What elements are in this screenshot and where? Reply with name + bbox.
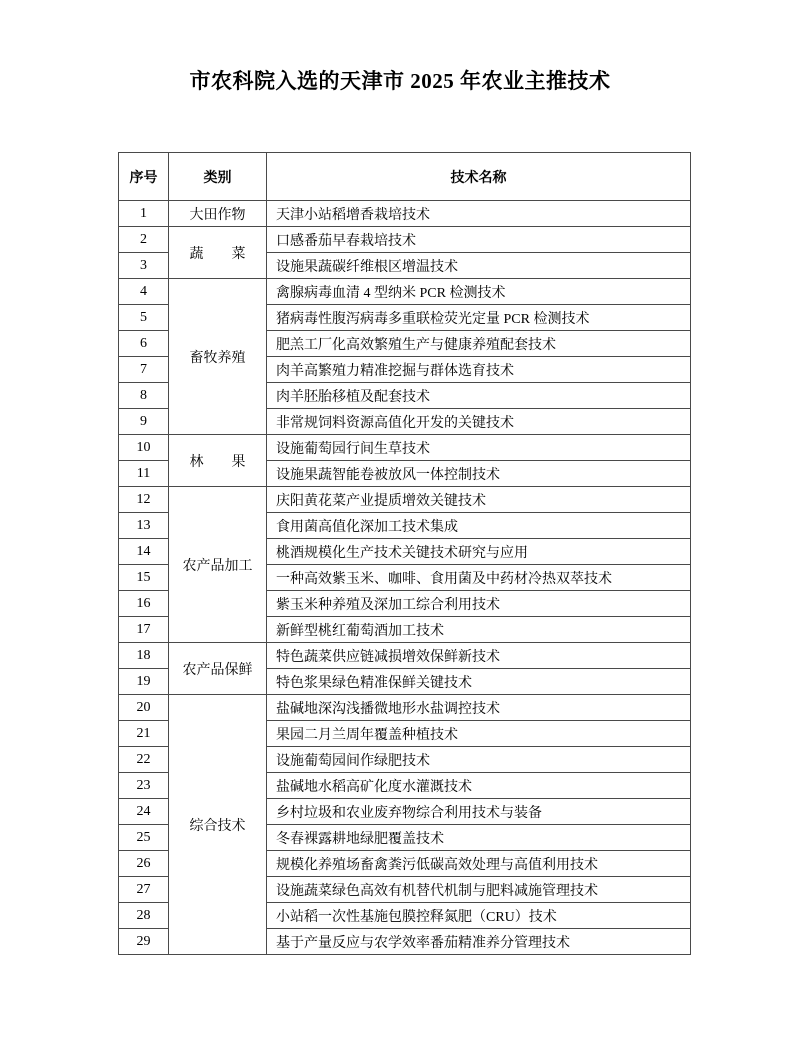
- row-number-cell: 1: [119, 201, 169, 227]
- tech-name-cell: 食用菌高值化深加工技术集成: [267, 513, 691, 539]
- category-cell: 蔬 菜: [169, 227, 267, 279]
- row-number-cell: 27: [119, 877, 169, 903]
- tech-name-cell: 猪病毒性腹泻病毒多重联检荧光定量 PCR 检测技术: [267, 305, 691, 331]
- tech-name-cell: 口感番茄早春栽培技术: [267, 227, 691, 253]
- tech-name-cell: 规模化养殖场畜禽粪污低碳高效处理与高值利用技术: [267, 851, 691, 877]
- tech-name-cell: 庆阳黄花菜产业提质增效关键技术: [267, 487, 691, 513]
- header-cell-no: 序号: [119, 153, 169, 201]
- document-page: { "page": { "title": "市农科院入选的天津市 2025 年农…: [0, 0, 800, 1038]
- tech-name-cell: 桃酒规模化生产技术关键技术研究与应用: [267, 539, 691, 565]
- row-number-cell: 14: [119, 539, 169, 565]
- tech-name-cell: 盐碱地深沟浅播微地形水盐调控技术: [267, 695, 691, 721]
- category-cell: 农产品保鲜: [169, 643, 267, 695]
- row-number-cell: 23: [119, 773, 169, 799]
- row-number-cell: 12: [119, 487, 169, 513]
- tech-name-cell: 冬春裸露耕地绿肥覆盖技术: [267, 825, 691, 851]
- header-cell-category: 类别: [169, 153, 267, 201]
- tech-name-cell: 设施葡萄园间作绿肥技术: [267, 747, 691, 773]
- category-cell: 大田作物: [169, 201, 267, 227]
- row-number-cell: 20: [119, 695, 169, 721]
- row-number-cell: 25: [119, 825, 169, 851]
- tech-name-cell: 小站稻一次性基施包膜控释氮肥（CRU）技术: [267, 903, 691, 929]
- row-number-cell: 26: [119, 851, 169, 877]
- table-row: 1大田作物天津小站稻增香栽培技术: [119, 201, 691, 227]
- tech-name-cell: 设施蔬菜绿色高效有机替代机制与肥料减施管理技术: [267, 877, 691, 903]
- tech-name-cell: 乡村垃圾和农业废弃物综合利用技术与装备: [267, 799, 691, 825]
- row-number-cell: 15: [119, 565, 169, 591]
- row-number-cell: 17: [119, 617, 169, 643]
- tech-name-cell: 设施果蔬智能卷被放风一体控制技术: [267, 461, 691, 487]
- row-number-cell: 8: [119, 383, 169, 409]
- tech-name-cell: 肉羊高繁殖力精准挖掘与群体选育技术: [267, 357, 691, 383]
- row-number-cell: 9: [119, 409, 169, 435]
- tech-table: 序号 类别 技术名称 1大田作物天津小站稻增香栽培技术2蔬 菜口感番茄早春栽培技…: [118, 152, 691, 955]
- row-number-cell: 16: [119, 591, 169, 617]
- category-cell: 农产品加工: [169, 487, 267, 643]
- tech-name-cell: 设施葡萄园行间生草技术: [267, 435, 691, 461]
- row-number-cell: 19: [119, 669, 169, 695]
- row-number-cell: 24: [119, 799, 169, 825]
- row-number-cell: 29: [119, 929, 169, 955]
- table-row: 20综合技术盐碱地深沟浅播微地形水盐调控技术: [119, 695, 691, 721]
- page-title: 市农科院入选的天津市 2025 年农业主推技术: [0, 68, 800, 94]
- row-number-cell: 3: [119, 253, 169, 279]
- row-number-cell: 13: [119, 513, 169, 539]
- tech-name-cell: 特色蔬菜供应链减损增效保鲜新技术: [267, 643, 691, 669]
- header-row: 序号 类别 技术名称: [119, 153, 691, 201]
- row-number-cell: 4: [119, 279, 169, 305]
- table-row: 12农产品加工庆阳黄花菜产业提质增效关键技术: [119, 487, 691, 513]
- row-number-cell: 7: [119, 357, 169, 383]
- tech-name-cell: 果园二月兰周年覆盖种植技术: [267, 721, 691, 747]
- table-row: 2蔬 菜口感番茄早春栽培技术: [119, 227, 691, 253]
- tech-name-cell: 天津小站稻增香栽培技术: [267, 201, 691, 227]
- row-number-cell: 18: [119, 643, 169, 669]
- table-row: 10林 果设施葡萄园行间生草技术: [119, 435, 691, 461]
- table-header: 序号 类别 技术名称: [119, 153, 691, 201]
- tech-name-cell: 设施果蔬碳纤维根区增温技术: [267, 253, 691, 279]
- tech-name-cell: 基于产量反应与农学效率番茄精准养分管理技术: [267, 929, 691, 955]
- tech-name-cell: 盐碱地水稻高矿化度水灌溉技术: [267, 773, 691, 799]
- tech-name-cell: 一种高效紫玉米、咖啡、食用菌及中药材冷热双萃技术: [267, 565, 691, 591]
- table-body: 1大田作物天津小站稻增香栽培技术2蔬 菜口感番茄早春栽培技术3设施果蔬碳纤维根区…: [119, 201, 691, 955]
- row-number-cell: 10: [119, 435, 169, 461]
- category-cell: 综合技术: [169, 695, 267, 955]
- tech-name-cell: 肉羊胚胎移植及配套技术: [267, 383, 691, 409]
- row-number-cell: 6: [119, 331, 169, 357]
- tech-name-cell: 新鲜型桃红葡萄酒加工技术: [267, 617, 691, 643]
- row-number-cell: 22: [119, 747, 169, 773]
- row-number-cell: 11: [119, 461, 169, 487]
- row-number-cell: 5: [119, 305, 169, 331]
- category-cell: 畜牧养殖: [169, 279, 267, 435]
- table-row: 4畜牧养殖禽腺病毒血清 4 型纳米 PCR 检测技术: [119, 279, 691, 305]
- table-row: 18农产品保鲜特色蔬菜供应链减损增效保鲜新技术: [119, 643, 691, 669]
- row-number-cell: 21: [119, 721, 169, 747]
- tech-name-cell: 肥羔工厂化高效繁殖生产与健康养殖配套技术: [267, 331, 691, 357]
- tech-name-cell: 紫玉米种养殖及深加工综合利用技术: [267, 591, 691, 617]
- category-cell: 林 果: [169, 435, 267, 487]
- tech-name-cell: 非常规饲料资源高值化开发的关键技术: [267, 409, 691, 435]
- tech-name-cell: 禽腺病毒血清 4 型纳米 PCR 检测技术: [267, 279, 691, 305]
- tech-name-cell: 特色浆果绿色精准保鲜关键技术: [267, 669, 691, 695]
- header-cell-tech: 技术名称: [267, 153, 691, 201]
- row-number-cell: 2: [119, 227, 169, 253]
- row-number-cell: 28: [119, 903, 169, 929]
